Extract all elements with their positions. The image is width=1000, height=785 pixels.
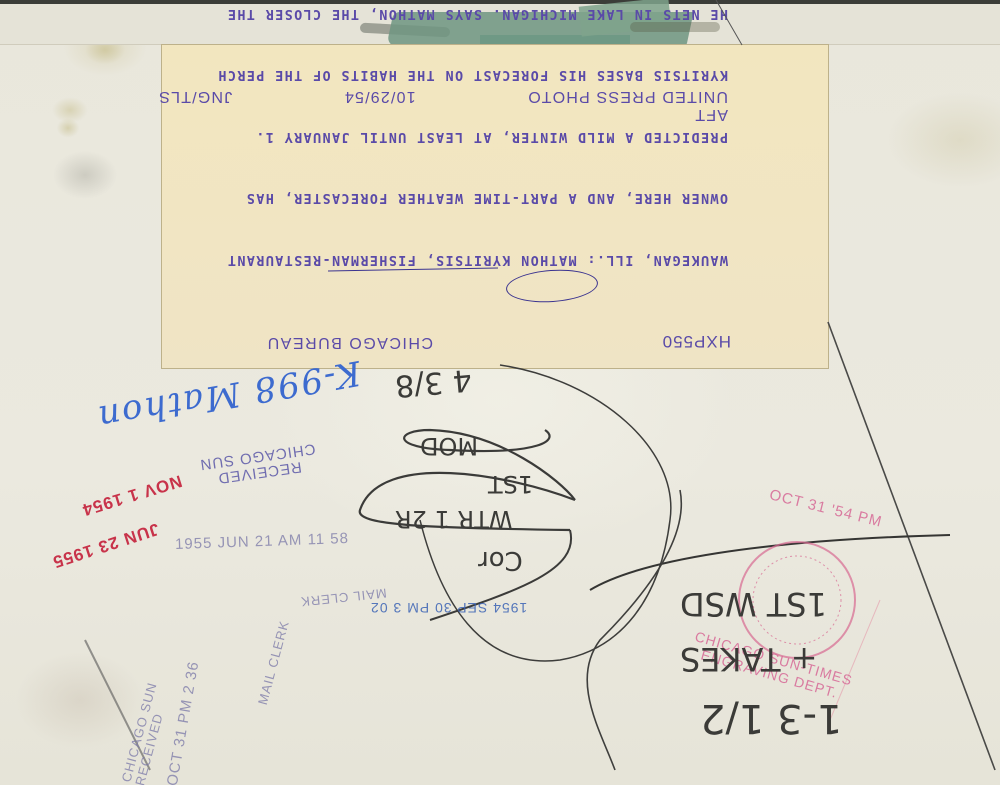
pencil-note-mod: MOD [420, 432, 478, 460]
pencil-fraction-note: 4 3/8 [394, 362, 474, 404]
pencil-note-1st-wsd: 1ST WSD [680, 585, 827, 623]
pencil-note-size: 1-3 1/2 [700, 695, 842, 741]
pencil-note-takes: + TAKES [680, 640, 817, 678]
date-stamp-sep30: 1954 SEP 30 PM 3 02 [370, 600, 527, 616]
pencil-note-1st: 1ST [488, 470, 533, 498]
pencil-note-cor: Cor [478, 545, 523, 575]
pencil-note-wtr: WTR 1 2R [395, 505, 513, 533]
photo-back-sheet: HXP550 CHICAGO BUREAU WAUKEGAN, ILL.: MA… [0, 0, 1000, 785]
